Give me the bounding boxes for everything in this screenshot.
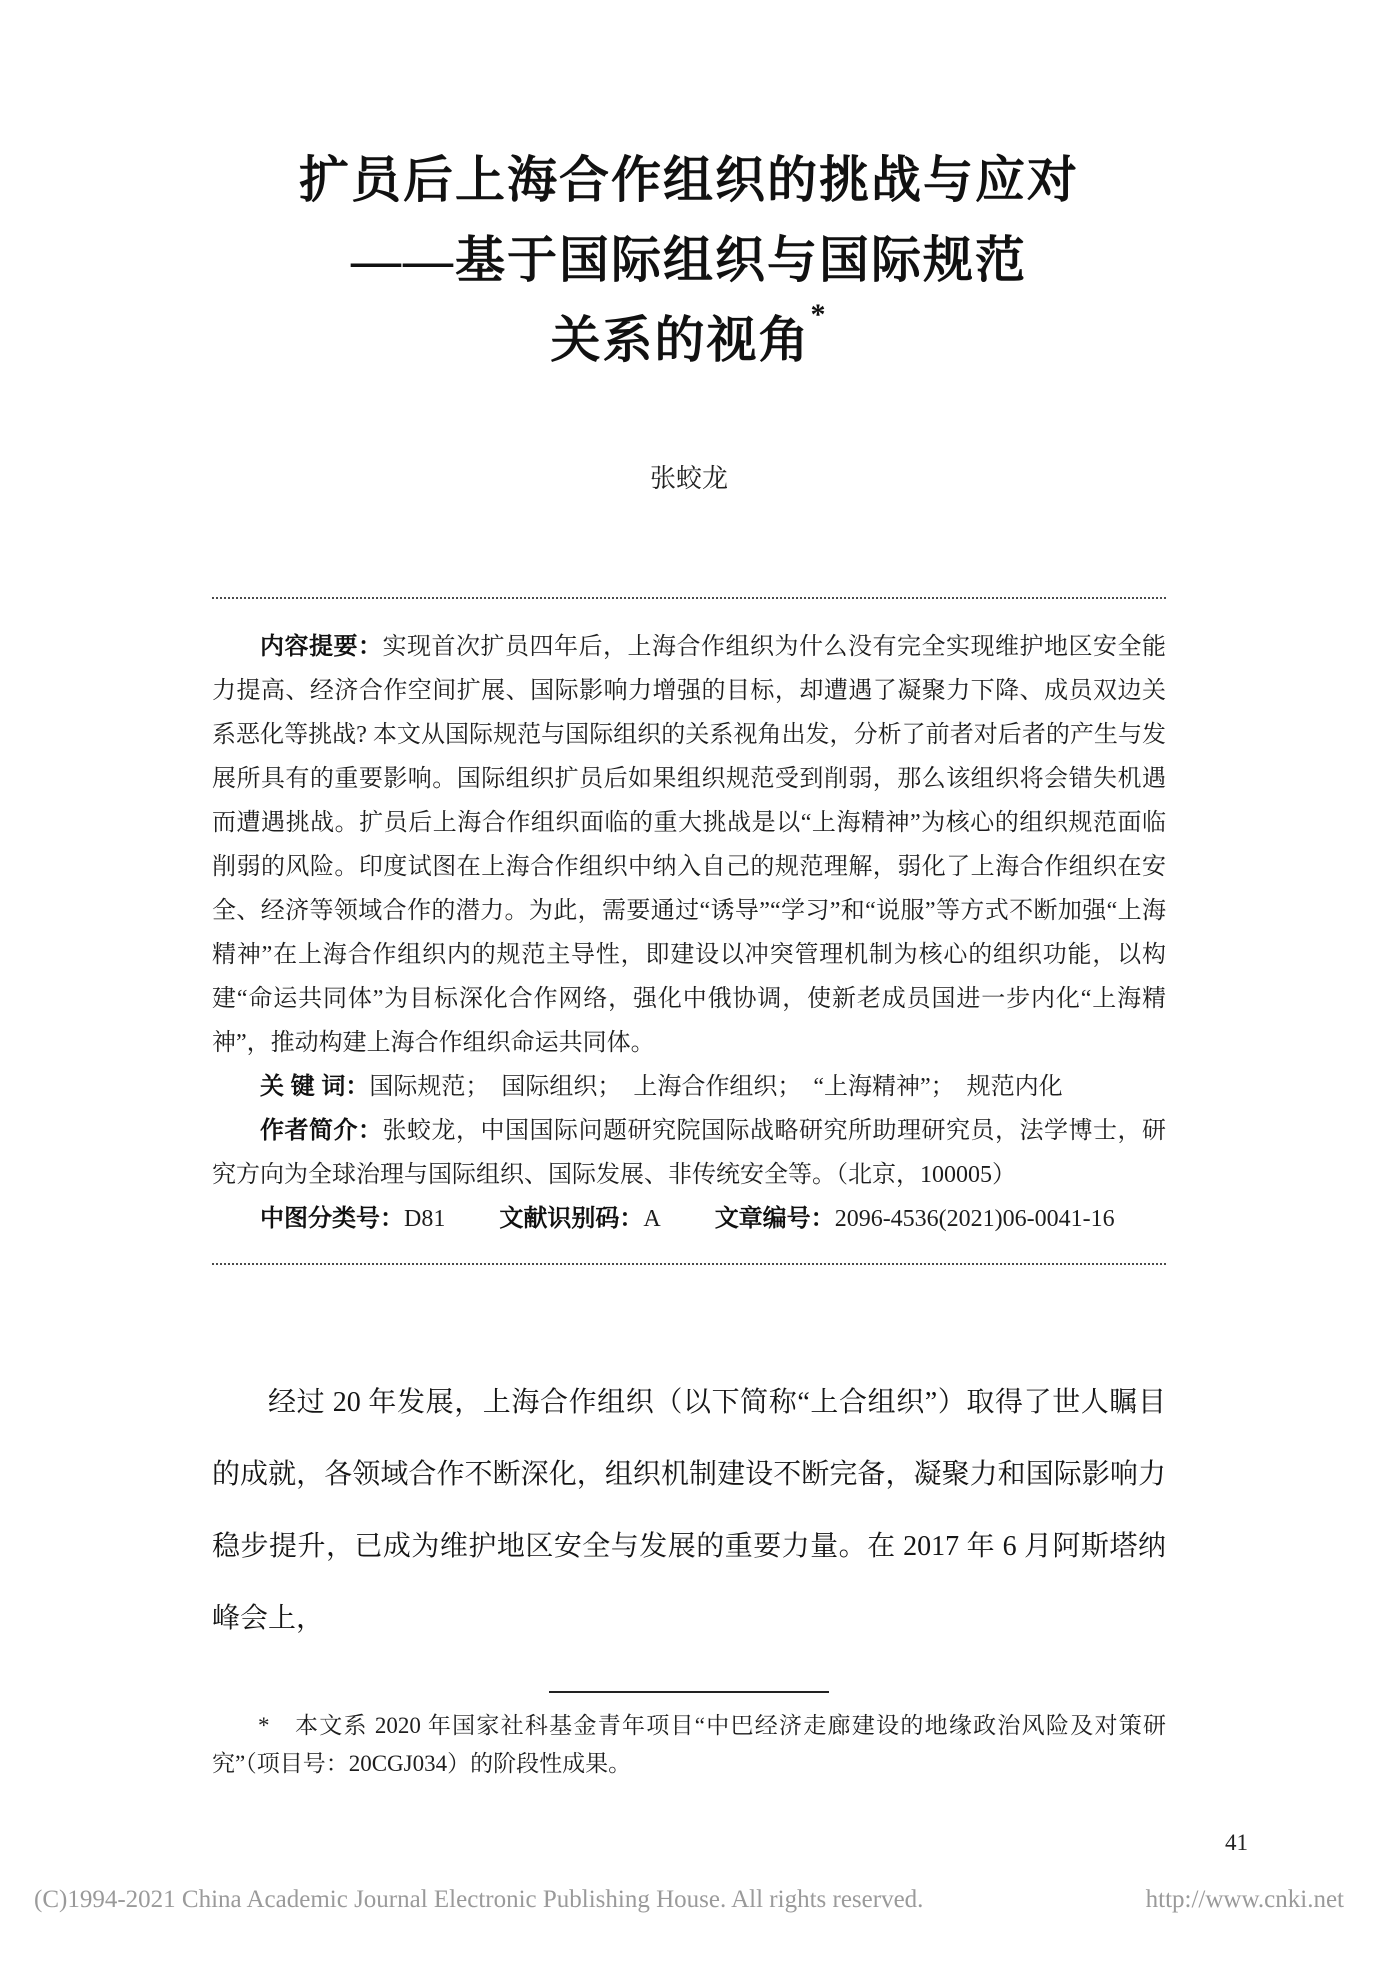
article-id-segment: 文章编号：2096-4536(2021)06-0041-16 (715, 1206, 1115, 1232)
footnote-marker: * (258, 1713, 270, 1738)
doc-code-value: A (643, 1206, 660, 1232)
title-line-3: 关系的视角 (551, 312, 811, 368)
footnote-divider (549, 1691, 829, 1693)
classification-row: 中图分类号：D81 文献识别码：A 文章编号：2096-4536(2021)06… (212, 1197, 1166, 1241)
footnote-block: * 本文系 2020 年国家社科基金青年项目“中巴经济走廊建设的地缘政治风险及对… (212, 1691, 1166, 1783)
keywords-text: 国际规范； 国际组织； 上海合作组织； “上海精神”； 规范内化 (369, 1074, 1062, 1100)
title-line-1: 扩员后上海合作组织的挑战与应对 (299, 152, 1079, 208)
article-id-label: 文章编号： (715, 1205, 835, 1232)
clc-label: 中图分类号： (260, 1205, 404, 1232)
abstract-text: 实现首次扩员四年后，上海合作组织为什么没有完全实现维护地区安全能力提高、经济合作… (212, 634, 1166, 1056)
abstract-paragraph: 内容提要：实现首次扩员四年后，上海合作组织为什么没有完全实现维护地区安全能力提高… (212, 625, 1166, 1065)
paper-page: 扩员后上海合作组织的挑战与应对 ——基于国际组织与国际规范 关系的视角* 张蛟龙… (0, 0, 1378, 1969)
doc-code-segment: 文献识别码：A (499, 1206, 660, 1232)
body-paragraph: 经过 20 年发展，上海合作组织（以下简称“上合组织”）取得了世人瞩目的成就，各… (212, 1367, 1166, 1655)
author-name: 张蛟龙 (212, 458, 1166, 495)
author-bio-label: 作者简介： (260, 1117, 383, 1144)
title-line-2: ——基于国际组织与国际规范 (351, 232, 1027, 288)
article-id-value: 2096-4536(2021)06-0041-16 (835, 1206, 1115, 1232)
abstract-label: 内容提要： (260, 633, 383, 660)
title-footnote-marker: * (811, 298, 828, 331)
page-title: 扩员后上海合作组织的挑战与应对 ——基于国际组织与国际规范 关系的视角* (212, 140, 1166, 380)
content-column: 扩员后上海合作组织的挑战与应对 ——基于国际组织与国际规范 关系的视角* 张蛟龙… (212, 140, 1166, 1783)
footer-copyright: (C)1994-2021 China Academic Journal Elec… (34, 1886, 923, 1914)
footnote-text: 本文系 2020 年国家社科基金青年项目“中巴经济走廊建设的地缘政治风险及对策研… (212, 1713, 1166, 1776)
clc-value: D81 (404, 1206, 445, 1232)
footnote-paragraph: * 本文系 2020 年国家社科基金青年项目“中巴经济走廊建设的地缘政治风险及对… (212, 1707, 1166, 1783)
clc-segment: 中图分类号：D81 (260, 1206, 445, 1232)
keywords-paragraph: 关 键 词：国际规范； 国际组织； 上海合作组织； “上海精神”； 规范内化 (212, 1065, 1166, 1109)
footer-watermark: (C)1994-2021 China Academic Journal Elec… (0, 1886, 1378, 1914)
keywords-label: 关 键 词： (260, 1073, 369, 1100)
doc-code-label: 文献识别码： (499, 1205, 643, 1232)
footer-url: http://www.cnki.net (1146, 1886, 1344, 1914)
meta-block: 内容提要：实现首次扩员四年后，上海合作组织为什么没有完全实现维护地区安全能力提高… (212, 597, 1166, 1265)
author-bio-paragraph: 作者简介：张蛟龙，中国国际问题研究院国际战略研究所助理研究员，法学博士，研究方向… (212, 1109, 1166, 1197)
page-number: 41 (1225, 1830, 1248, 1856)
